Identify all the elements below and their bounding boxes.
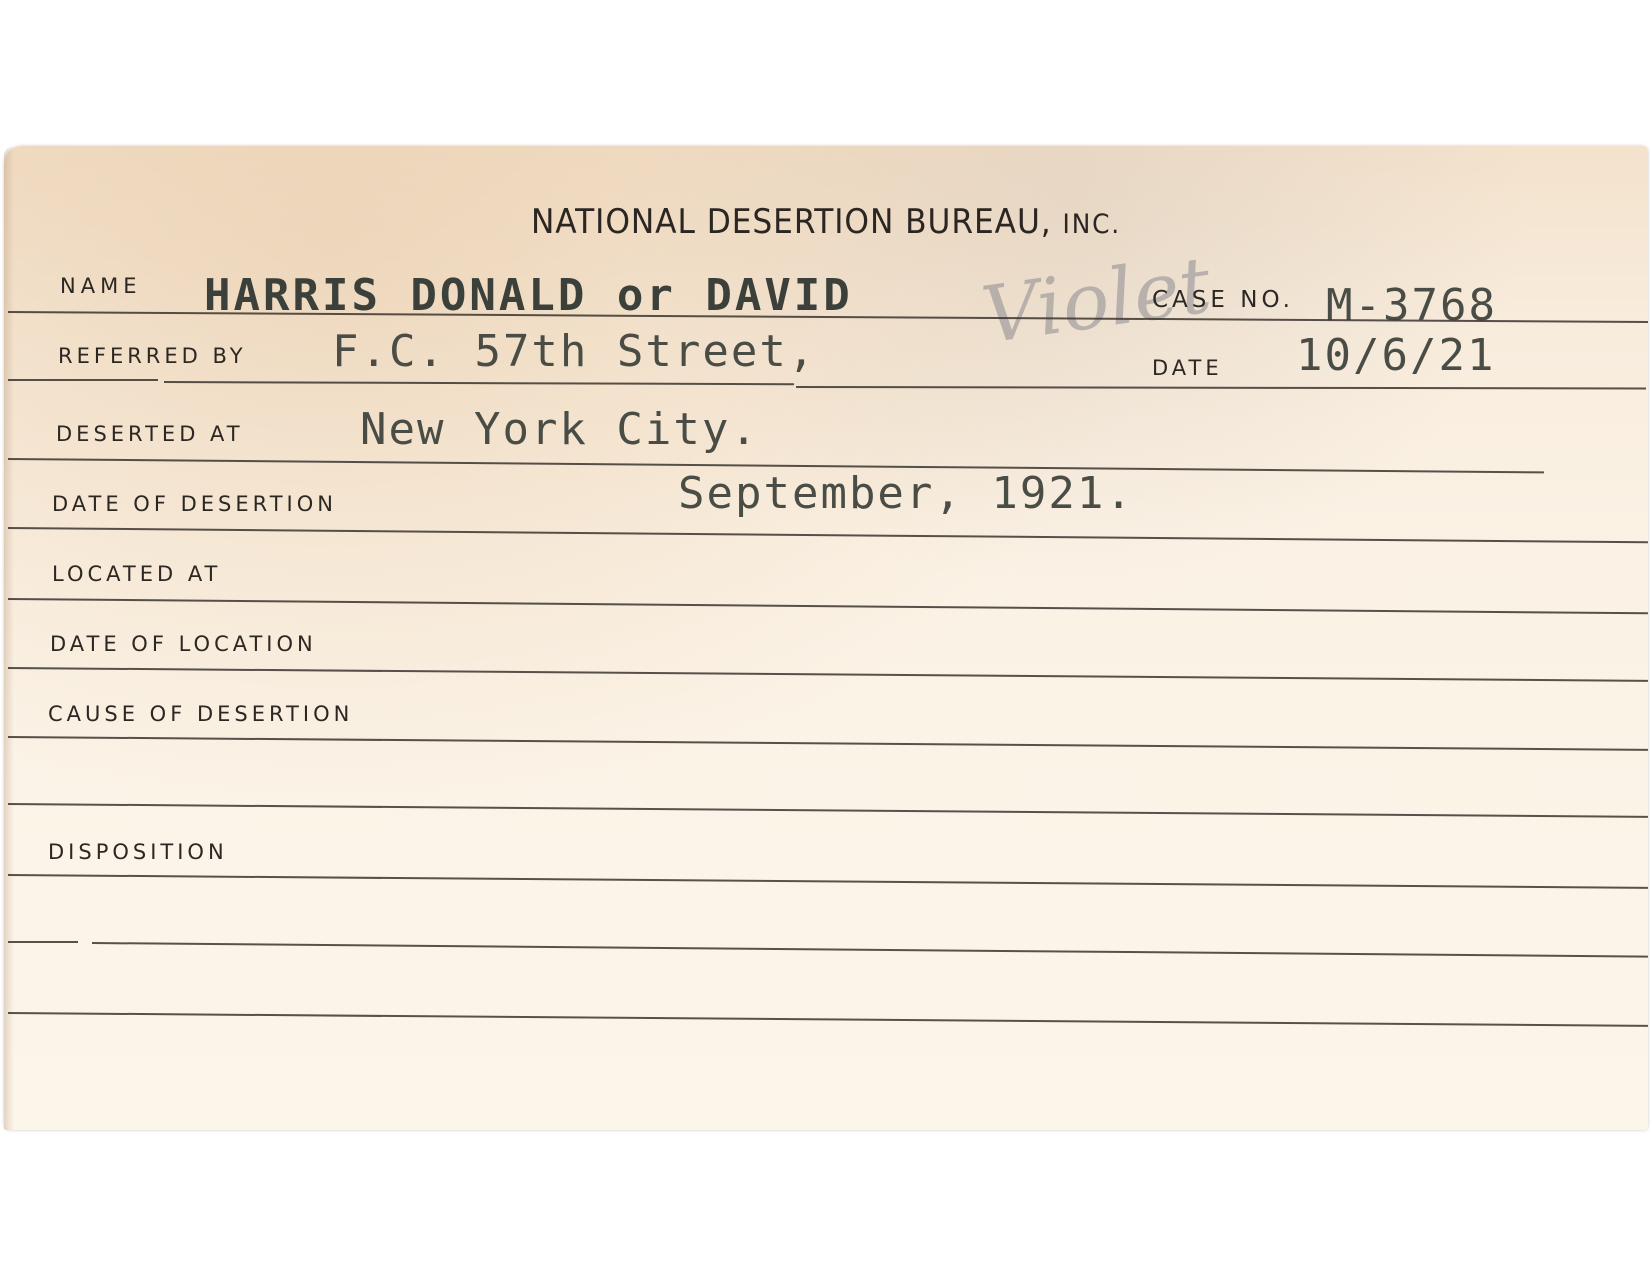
- date-of-location-rule: [8, 667, 1648, 682]
- deserted-at-label: DESERTED AT: [56, 422, 244, 446]
- blank-rule-1a: [8, 941, 78, 943]
- located-at-rule: [8, 598, 1648, 614]
- card-title: NATIONAL DESERTION BUREAU, INC.: [70, 202, 1582, 242]
- disposition-rule: [8, 874, 1648, 889]
- date-of-location-label: DATE OF LOCATION: [50, 632, 317, 656]
- date-label: DATE: [1152, 356, 1223, 380]
- date-of-desertion-label: DATE OF DESERTION: [52, 492, 337, 516]
- cause-of-desertion-rule: [8, 736, 1648, 751]
- case-no-label: CASE NO.: [1152, 287, 1294, 313]
- referred-rule-2: [164, 381, 794, 385]
- located-at-label: LOCATED AT: [52, 562, 221, 586]
- org-name: NATIONAL DESERTION BUREAU,: [531, 202, 1052, 242]
- referred-rule-3: [796, 386, 1646, 389]
- disposition-label: DISPOSITION: [48, 840, 228, 864]
- name-label: NAME: [60, 274, 141, 298]
- referred-by-label: REFERRED BY: [58, 344, 247, 368]
- blank-rule-1b: [92, 942, 1648, 958]
- referred-rule-1: [8, 379, 158, 381]
- org-suffix: INC.: [1063, 209, 1122, 240]
- blank-rule-2: [8, 1012, 1648, 1027]
- cause-blank-rule: [8, 803, 1648, 818]
- case-no-value[interactable]: M-3768: [1326, 280, 1497, 331]
- date-value[interactable]: 10/6/21: [1296, 330, 1495, 381]
- cause-of-desertion-label: CAUSE OF DESERTION: [48, 702, 353, 726]
- deserted-at-value[interactable]: New York City.: [360, 404, 759, 455]
- date-of-desertion-value[interactable]: September, 1921.: [678, 468, 1134, 519]
- referred-by-value[interactable]: F.C. 57th Street,: [332, 326, 816, 377]
- date-of-desertion-rule: [8, 527, 1648, 543]
- desertion-record-card: NATIONAL DESERTION BUREAU, INC. NAME HAR…: [4, 146, 1648, 1130]
